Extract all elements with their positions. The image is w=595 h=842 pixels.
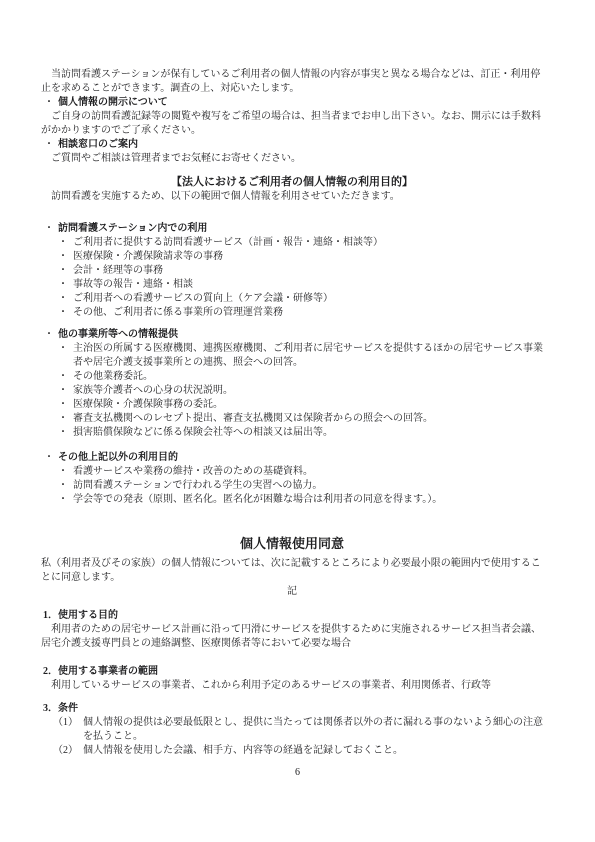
- group-title-row: ・ その他上記以外の利用目的: [44, 451, 543, 465]
- list-item: ・その他業務委託。: [58, 370, 543, 384]
- bullet-icon: ・: [58, 278, 73, 292]
- section-body: 利用しているサービスの事業者、これから利用予定のあるサービスの事業者、利用関係者…: [41, 679, 543, 693]
- consent-section-purpose: 1．使用する目的 利用者のための居宅サービス計画に沿って円滑にサービスを提供する…: [41, 609, 543, 651]
- list-item-text: 審査支払機関へのレセプト提出、審査支払機関又は保険者からの照会への回答。: [73, 412, 543, 426]
- section-title: 条件: [58, 702, 78, 716]
- list-item-text: 看護サービスや業務の維持・改善のための基礎資料。: [73, 465, 543, 479]
- purpose-lead: 訪問看護を実施するため、以下の範囲で個人情報を利用させていただきます。: [41, 190, 543, 204]
- bullet-icon: ・: [58, 236, 73, 250]
- condition-number: （1）: [53, 716, 83, 744]
- list-item: ・主治医の所属する医療機関、連携医療機関、ご利用者に居宅サービスを提供するほかの…: [58, 342, 543, 370]
- bullet-icon: ・: [44, 96, 58, 110]
- list-item-title: 個人情報の開示について: [58, 96, 168, 110]
- bullet-icon: ・: [58, 479, 73, 493]
- group-title-row: ・ 訪問看護ステーション内での利用: [44, 222, 543, 236]
- list-item: ・その他、ご利用者に係る事業所の管理運営業務: [58, 306, 543, 320]
- list-item: ・学会等での発表（原則、匿名化。匿名化が困難な場合は利用者の同意を得ます。）。: [58, 493, 543, 507]
- page-number: 6: [0, 766, 595, 780]
- list-item: ・会計・経理等の事務: [58, 264, 543, 278]
- bullet-icon: ・: [44, 451, 58, 465]
- list-item-text: 医療保険・介護保険請求等の事務: [73, 250, 543, 264]
- purpose-group-other-purposes: ・ その他上記以外の利用目的 ・看護サービスや業務の維持・改善のための基礎資料。…: [41, 451, 543, 507]
- list-item: ・ご利用者に提供する訪問看護サービス（計画・報告・連絡・相談等）: [58, 236, 543, 250]
- bullet-icon: ・: [58, 306, 73, 320]
- list-item-text: ご利用者への看護サービスの質向上（ケア会議・研修等）: [73, 292, 543, 306]
- list-item-text: 訪問看護ステーションで行われる学生の実習への協力。: [73, 479, 543, 493]
- intro-paragraph: 当訪問看護ステーションが保有しているご利用者の個人情報の内容が事実と異なる場合な…: [41, 68, 543, 96]
- bullet-icon: ・: [58, 493, 73, 507]
- list-item: ・医療保険・介護保険請求等の事務: [58, 250, 543, 264]
- bullet-icon: ・: [44, 138, 58, 152]
- purpose-group-info-sharing: ・ 他の事業所等への情報提供 ・主治医の所属する医療機関、連携医療機関、ご利用者…: [41, 328, 543, 440]
- bullet-icon: ・: [58, 250, 73, 264]
- list-item-text: 会計・経理等の事務: [73, 264, 543, 278]
- section-body: 利用者のための居宅サービス計画に沿って円滑にサービスを提供するために実施されるサ…: [41, 623, 543, 651]
- condition-text: 個人情報の提供は必要最低限とし、提供に当たっては関係者以外の者に漏れる事のないよ…: [83, 716, 543, 744]
- bullet-icon: ・: [58, 384, 73, 398]
- consent-lead: 私（利用者及びその家族）の個人情報については、次に記載するところにより必要最小限…: [41, 557, 543, 585]
- bullet-icon: ・: [58, 264, 73, 278]
- list-item: ・医療保険・介護保険事務の委託。: [58, 398, 543, 412]
- condition-item: （2） 個人情報を使用した会議、相手方、内容等の経過を記録しておくこと。: [53, 744, 543, 758]
- purpose-group-station-use: ・ 訪問看護ステーション内での利用 ・ご利用者に提供する訪問看護サービス（計画・…: [41, 222, 543, 320]
- list-item: ・看護サービスや業務の維持・改善のための基礎資料。: [58, 465, 543, 479]
- purpose-section-heading: 【法人におけるご利用者の個人情報の利用目的】: [41, 175, 543, 190]
- list-item: ・事故等の報告・連絡・相談: [58, 278, 543, 292]
- group-title: 訪問看護ステーション内での利用: [58, 222, 207, 236]
- bullet-icon: ・: [58, 412, 73, 426]
- list-item-text: その他業務委託。: [73, 370, 543, 384]
- bullet-icon: ・: [44, 328, 58, 342]
- record-mark: 記: [41, 585, 543, 599]
- section-title: 使用する事業者の範囲: [58, 665, 158, 679]
- consent-section-conditions: 3．条件 （1） 個人情報の提供は必要最低限とし、提供に当たっては関係者以外の者…: [41, 702, 543, 758]
- list-item-disclosure: ・ 個人情報の開示について: [44, 96, 543, 110]
- list-item: ・ご利用者への看護サービスの質向上（ケア会議・研修等）: [58, 292, 543, 306]
- group-title: 他の事業所等への情報提供: [58, 328, 178, 342]
- list-item: ・訪問看護ステーションで行われる学生の実習への協力。: [58, 479, 543, 493]
- bullet-icon: ・: [44, 222, 58, 236]
- numbered-heading: 1．使用する目的: [43, 609, 543, 623]
- numbered-heading: 2．使用する事業者の範囲: [43, 665, 543, 679]
- list-item-text: 医療保険・介護保険事務の委託。: [73, 398, 543, 412]
- section-number: 3．: [43, 702, 58, 716]
- list-item-text: 主治医の所属する医療機関、連携医療機関、ご利用者に居宅サービスを提供するほかの居…: [73, 342, 543, 370]
- bullet-icon: ・: [58, 292, 73, 306]
- section-title: 使用する目的: [58, 609, 118, 623]
- list-item: ・損害賠償保険などに係る保険会社等への相談又は届出等。: [58, 426, 543, 440]
- list-item-contact: ・ 相談窓口のご案内: [44, 138, 543, 152]
- numbered-heading: 3．条件: [43, 702, 543, 716]
- group-title: その他上記以外の利用目的: [58, 451, 178, 465]
- document-page: 当訪問看護ステーションが保有しているご利用者の個人情報の内容が事実と異なる場合な…: [0, 0, 595, 842]
- section-number: 2．: [43, 665, 58, 679]
- consent-section-scope: 2．使用する事業者の範囲 利用しているサービスの事業者、これから利用予定のあるサ…: [41, 665, 543, 693]
- condition-item: （1） 個人情報の提供は必要最低限とし、提供に当たっては関係者以外の者に漏れる事…: [53, 716, 543, 744]
- list-item-title: 相談窓口のご案内: [58, 138, 138, 152]
- list-item: ・審査支払機関へのレセプト提出、審査支払機関又は保険者からの照会への回答。: [58, 412, 543, 426]
- list-item-body: ご自身の訪問看護記録等の閲覧や複写をご希望の場合は、担当者までお申し出下さい。な…: [41, 110, 543, 138]
- list-item-text: 学会等での発表（原則、匿名化。匿名化が困難な場合は利用者の同意を得ます。）。: [73, 493, 543, 507]
- list-item-text: その他、ご利用者に係る事業所の管理運営業務: [73, 306, 543, 320]
- consent-heading: 個人情報使用同意: [41, 535, 543, 553]
- list-item-text: 事故等の報告・連絡・相談: [73, 278, 543, 292]
- bullet-icon: ・: [58, 370, 73, 384]
- condition-number: （2）: [53, 744, 83, 758]
- bullet-icon: ・: [58, 398, 73, 412]
- list-item-text: ご利用者に提供する訪問看護サービス（計画・報告・連絡・相談等）: [73, 236, 543, 250]
- condition-text: 個人情報を使用した会議、相手方、内容等の経過を記録しておくこと。: [83, 744, 543, 758]
- list-item-text: 家族等介護者への心身の状況説明。: [73, 384, 543, 398]
- section-number: 1．: [43, 609, 58, 623]
- group-title-row: ・ 他の事業所等への情報提供: [44, 328, 543, 342]
- bullet-icon: ・: [58, 465, 73, 479]
- bullet-icon: ・: [58, 342, 73, 370]
- bullet-icon: ・: [58, 426, 73, 440]
- list-item-body: ご質問やご相談は管理者までお気軽にお寄せください。: [41, 152, 543, 166]
- list-item-text: 損害賠償保険などに係る保険会社等への相談又は届出等。: [73, 426, 543, 440]
- list-item: ・家族等介護者への心身の状況説明。: [58, 384, 543, 398]
